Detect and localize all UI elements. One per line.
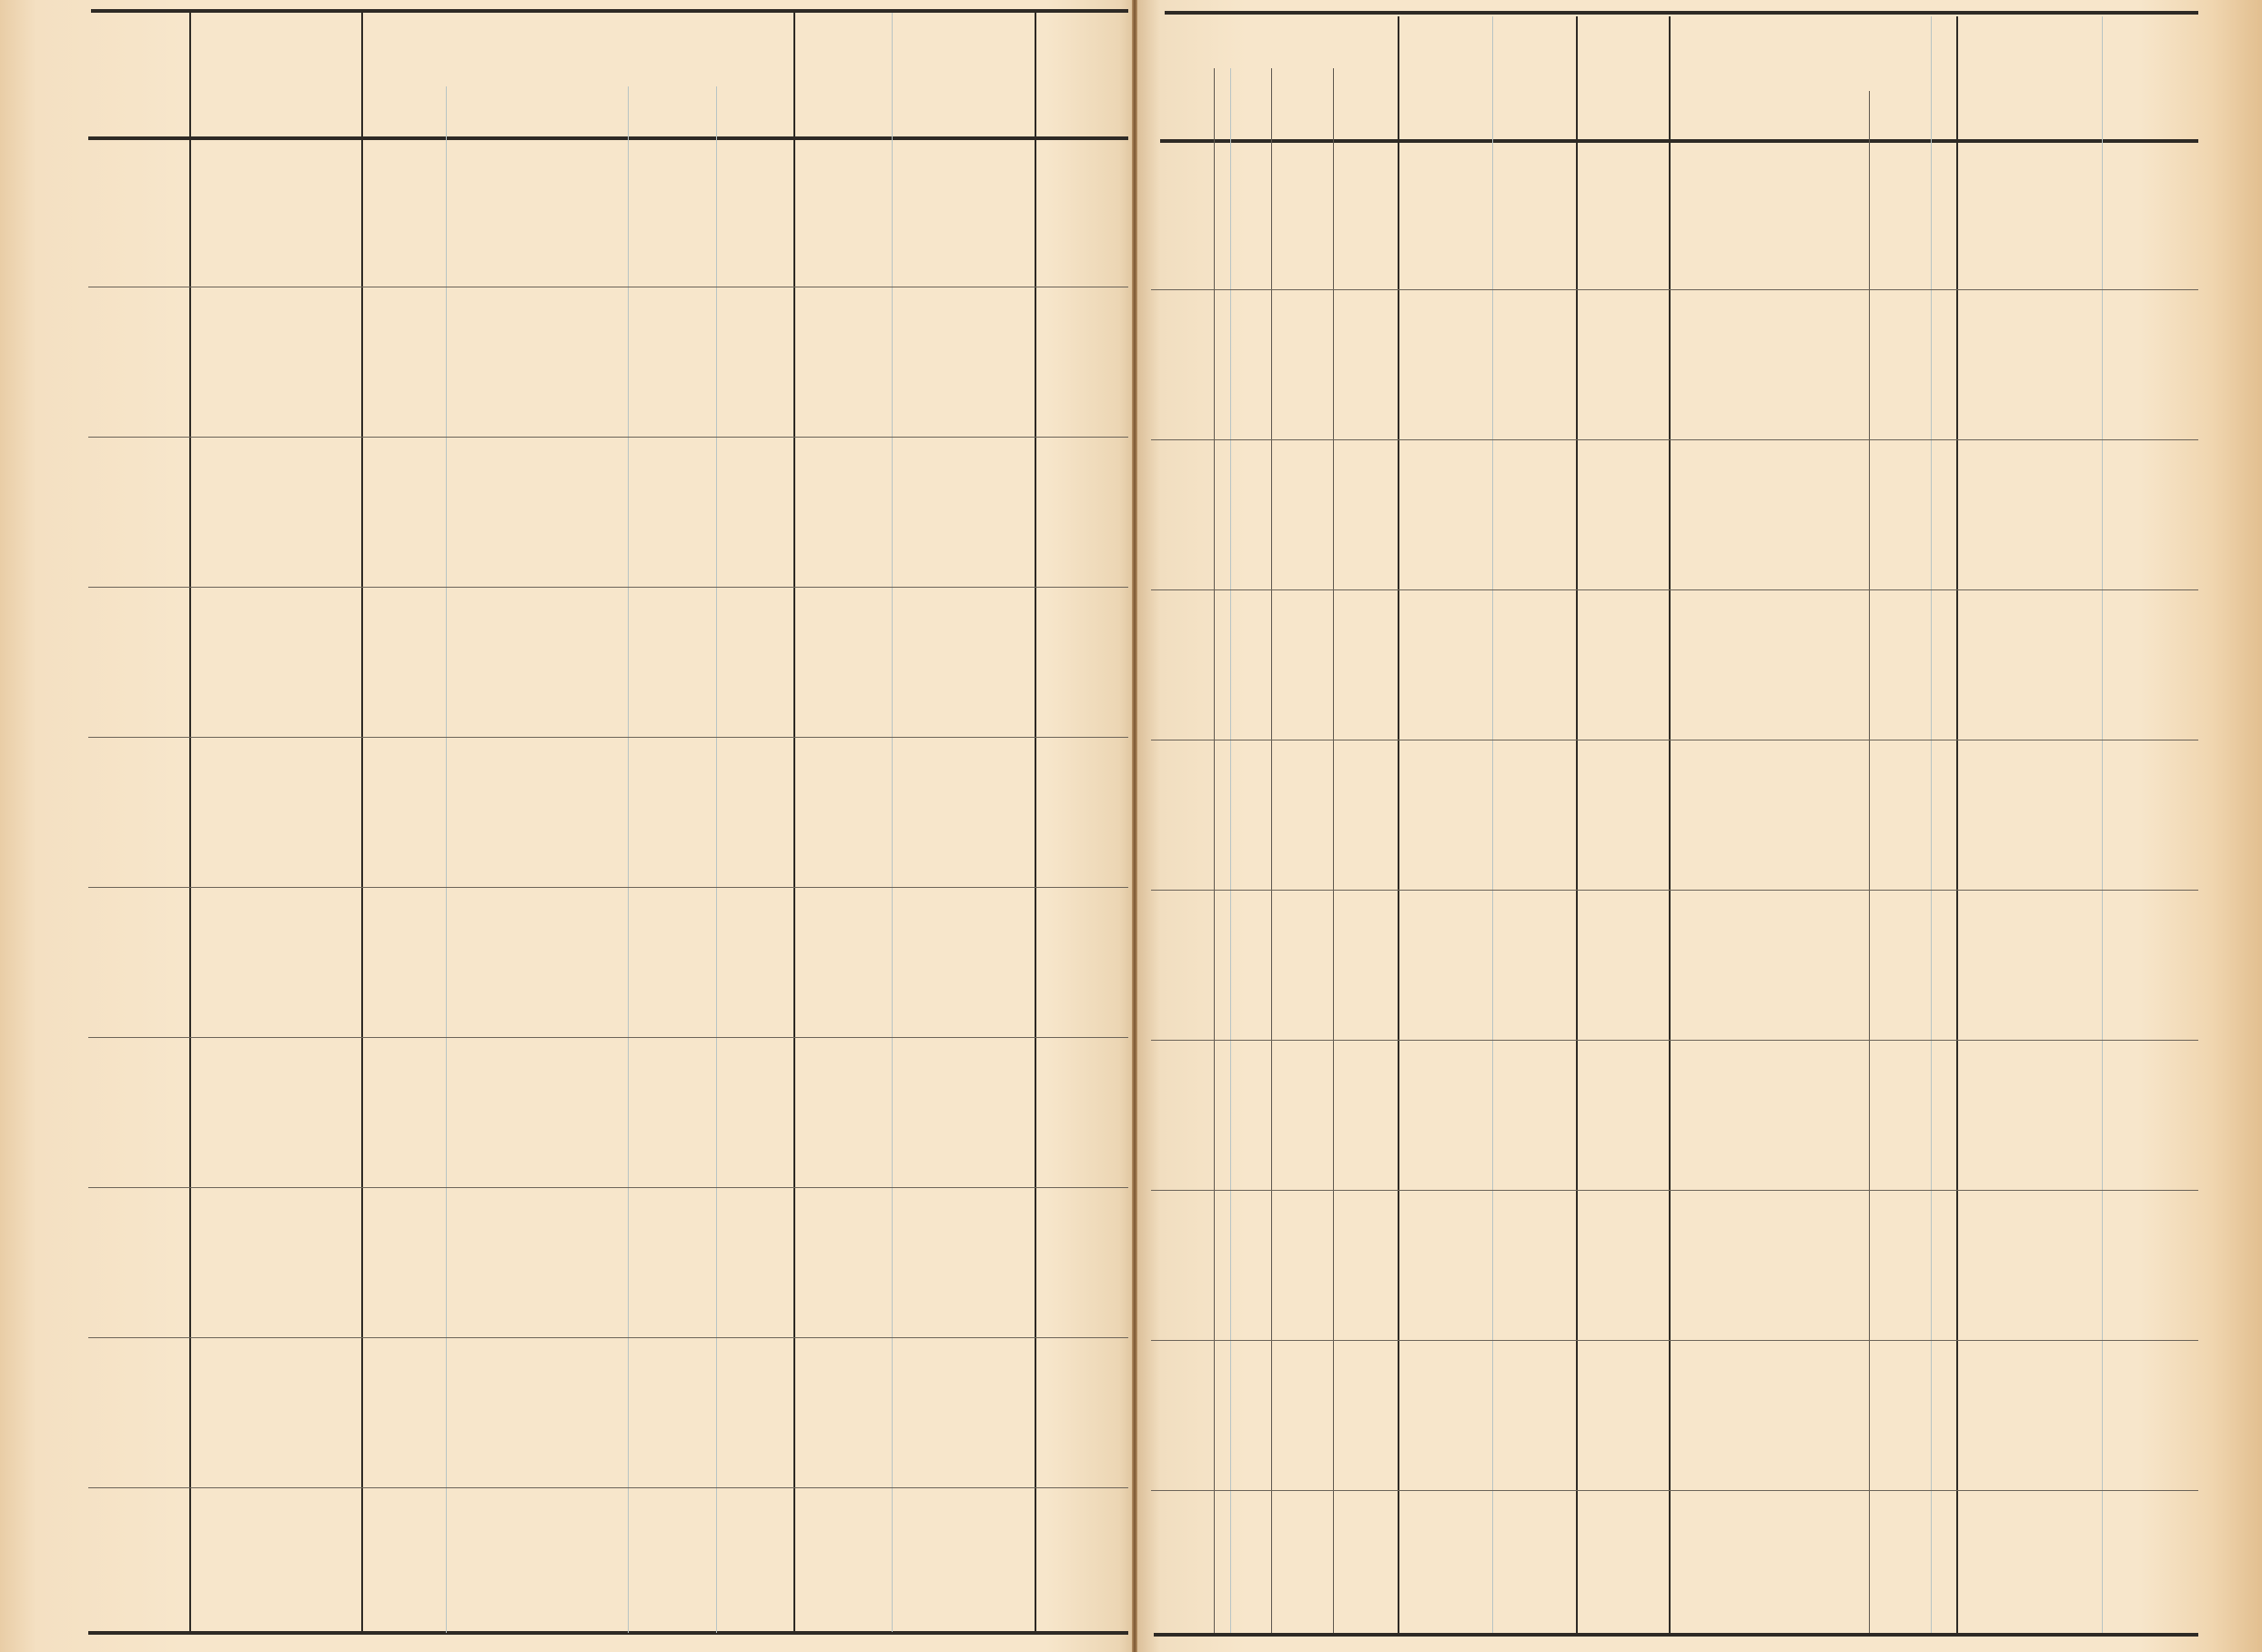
row-line xyxy=(1151,289,2198,290)
col-divider-leitstern-stunden xyxy=(1035,13,1036,1632)
row-line xyxy=(88,587,1128,588)
row-line xyxy=(88,1487,1128,1488)
left-page xyxy=(0,0,1137,1652)
row-line xyxy=(88,887,1128,888)
row-line xyxy=(88,287,1128,287)
row-line xyxy=(1151,1340,2198,1341)
col-divider-platte-entwickler xyxy=(1956,16,1958,1633)
row-line xyxy=(1151,740,2198,740)
col-guide xyxy=(1230,68,1231,1633)
row-line xyxy=(1151,1490,2198,1491)
col-divider-sorte-groesse xyxy=(1869,91,1870,1633)
col-divider-zeit-leitstern xyxy=(793,13,795,1632)
header-rule-right xyxy=(1160,139,2198,143)
col-divider-dauer xyxy=(716,86,717,1633)
row-line xyxy=(1151,589,2198,590)
right-page xyxy=(1137,0,2262,1652)
col-guide xyxy=(628,86,629,1633)
col-divider-ruhe xyxy=(1271,68,1272,1633)
row-line xyxy=(1151,1190,2198,1191)
col-divider-fernrohr-fokal xyxy=(1576,16,1578,1633)
row-line xyxy=(1151,1040,2198,1041)
col-guide xyxy=(892,13,893,1632)
col-divider-s-tag xyxy=(189,13,191,1632)
row-line xyxy=(88,737,1128,738)
col-guide xyxy=(1931,16,1932,1633)
row-line xyxy=(88,437,1128,438)
row-line xyxy=(88,1037,1128,1038)
book-gutter xyxy=(1132,0,1137,1652)
col-divider-klarheit xyxy=(1214,68,1215,1633)
row-line xyxy=(1151,439,2198,440)
col-divider-bar xyxy=(1333,68,1334,1633)
top-rule xyxy=(91,9,1128,13)
col-divider-tag-zeit xyxy=(361,13,363,1632)
bottom-rule xyxy=(88,1631,1128,1635)
col-divider-uhr xyxy=(446,86,447,1633)
row-line xyxy=(88,1187,1128,1188)
col-divider-luft-fernrohr xyxy=(1398,16,1399,1633)
col-guide xyxy=(2102,16,2103,1633)
col-guide xyxy=(1492,16,1493,1633)
row-line xyxy=(88,1337,1128,1338)
header-rule xyxy=(88,136,1128,140)
bottom-rule-right xyxy=(1154,1633,2198,1637)
row-line xyxy=(1151,890,2198,891)
top-rule-right xyxy=(1165,11,2198,15)
col-divider-fokal-platte xyxy=(1669,16,1671,1633)
